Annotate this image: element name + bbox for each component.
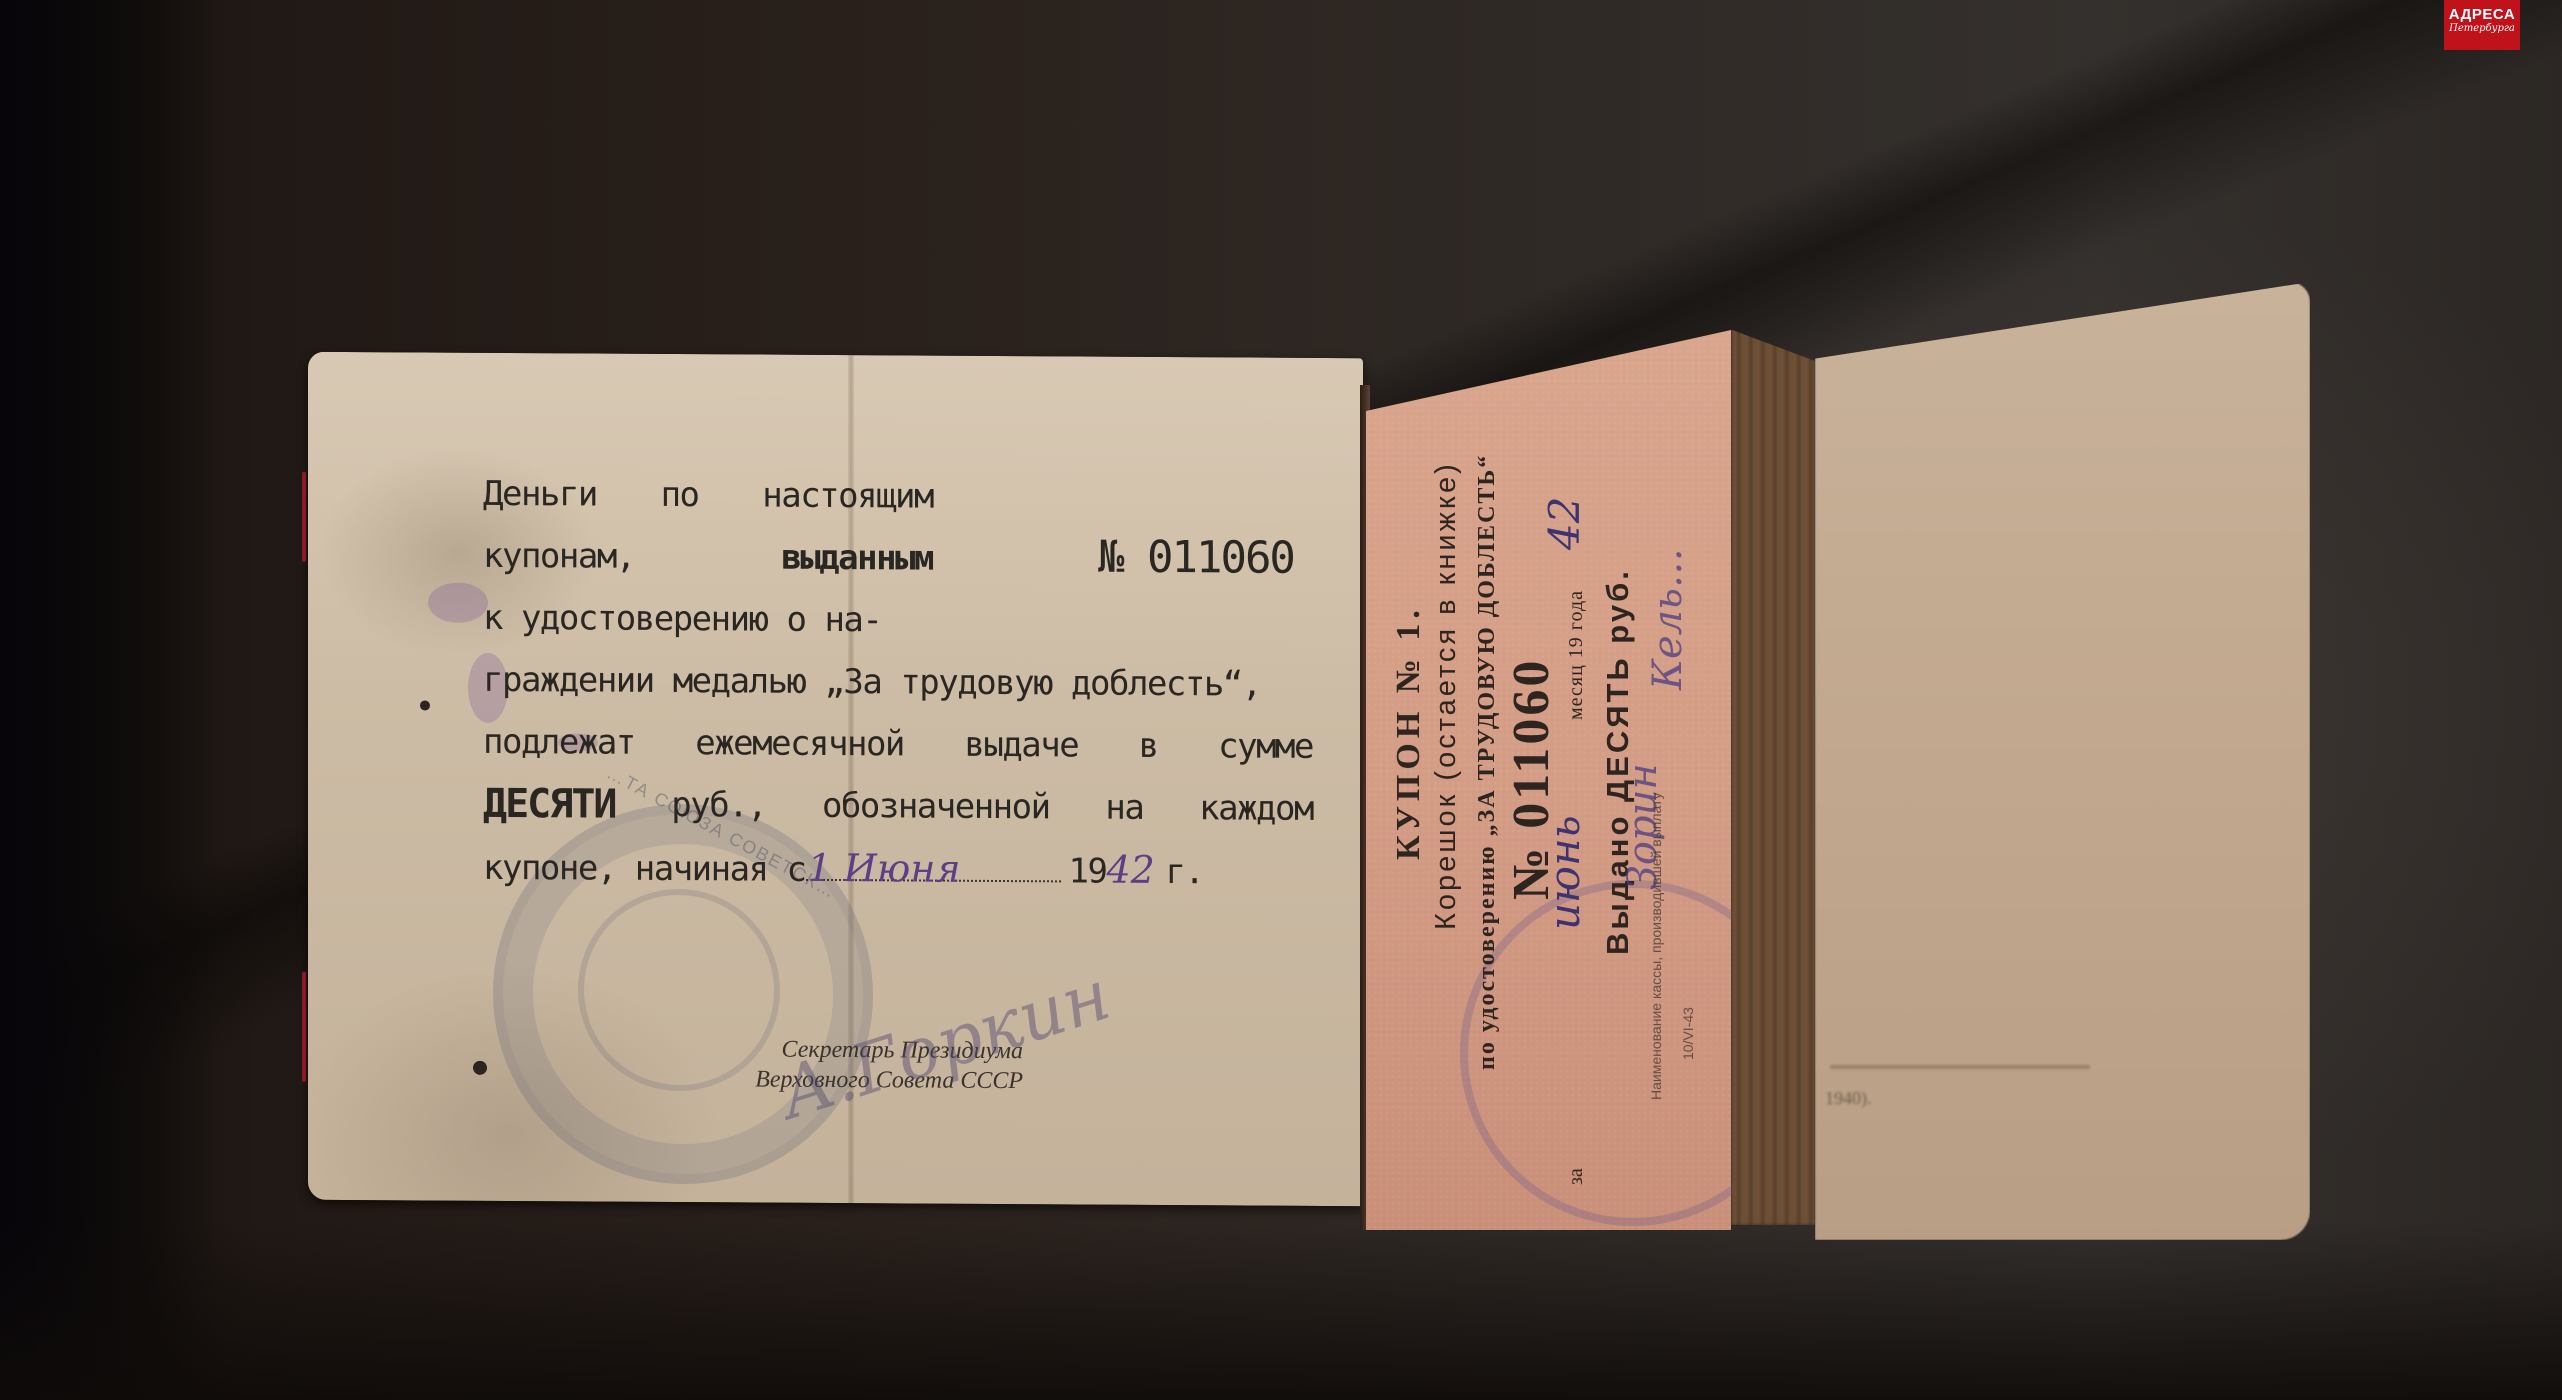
coupon-subtitle: Корешок (остается в книжке) <box>1430 461 1463 930</box>
binding-thread <box>302 472 306 562</box>
cert-line-4: граждении медалью „За трудовую доблесть“… <box>483 649 1313 716</box>
printed-rule <box>1830 1065 2090 1069</box>
dark-left-edge <box>0 0 220 1400</box>
page-year-text: 1940). <box>1825 1088 1872 1109</box>
word: обозначенной <box>822 775 1050 838</box>
coupon-fine-print: Наименование кассы, производившей выплат… <box>1648 792 1664 1100</box>
word: на <box>1105 777 1143 839</box>
word: по <box>661 464 699 526</box>
word: сумме <box>1218 715 1313 778</box>
word: подлежат <box>483 711 635 774</box>
cert-line-2: купонам, выданным <box>483 525 933 590</box>
date-field: 1 Июня <box>806 849 1061 883</box>
handwritten-month: июнь <box>1540 815 1589 930</box>
word: купонам, <box>483 525 635 588</box>
line-text: купоне, начиная с <box>483 837 806 901</box>
cert-line-5: подлежат ежемесячной выдаче в сумме <box>483 711 1313 778</box>
coupon-text: КУПОН № 1. Корешок (остается в книжке) п… <box>1390 370 1710 1190</box>
cert-line-3: к удостоверению о на- <box>483 587 1313 654</box>
word: в <box>1139 715 1158 777</box>
ink-dot <box>473 1061 487 1075</box>
publisher-logo: АДРЕСА Петербурга <box>2444 0 2520 50</box>
amount-word: ДЕСЯТИ <box>483 773 616 836</box>
word: выданным <box>781 527 933 590</box>
coupon-month-prefix: за <box>1565 1168 1588 1185</box>
handwritten-payment-date: 10/VI-43 <box>1680 1007 1696 1060</box>
dark-bottom-edge <box>0 1220 2562 1400</box>
logo-line-2: Петербурга <box>2444 23 2520 35</box>
binding-thread <box>302 972 306 1082</box>
handwritten-year: 42 <box>1106 839 1151 901</box>
word: Деньги <box>483 463 597 526</box>
certificate-page: …ТА СОЮЗА СОВЕТСК… № 011060 Деньги по на… <box>308 352 1363 1206</box>
ink-stain <box>428 583 488 623</box>
coupon-stack-edge <box>1731 325 1815 1225</box>
line-text: граждении медалью „За трудовую доблесть“… <box>483 660 1261 705</box>
word: руб., <box>671 774 766 837</box>
ink-dot <box>420 700 430 710</box>
word: ежемесячной <box>695 712 904 775</box>
year-prefix: 19 <box>1069 840 1107 902</box>
certificate-body: Деньги по настоящим купонам, выданным к … <box>483 463 1313 902</box>
blank-page <box>1815 282 2310 1240</box>
year-suffix: г. <box>1165 841 1203 903</box>
word: выдаче <box>964 714 1078 777</box>
handwritten-year: 42 <box>1540 497 1589 550</box>
coupon-title: КУПОН № 1. <box>1390 605 1428 860</box>
word: настоящим <box>762 465 933 528</box>
logo-line-1: АДРЕСА <box>2444 0 2520 23</box>
cert-line-1: Деньги по настоящим <box>483 463 933 528</box>
handwritten-signature: Кель… <box>1645 548 1691 690</box>
coupon-award-line: по удостоверению „ЗА ТРУДОВУЮ ДОБЛЕСТЬ“ <box>1474 454 1501 1070</box>
cert-line-6: ДЕСЯТИ руб., обозначенной на каждом <box>483 773 1313 840</box>
line-text: к удостоверению о на- <box>483 598 881 640</box>
cert-line-7: купоне, начиная с 1 Июня 19 42 г. <box>483 835 1313 902</box>
handwritten-date: 1 Июня <box>808 837 961 900</box>
coupon-month-line: месяц 19 года <box>1565 590 1588 720</box>
coupon-amount: Выдано ДЕСЯТЬ руб. <box>1600 568 1636 955</box>
word: каждом <box>1199 777 1313 840</box>
